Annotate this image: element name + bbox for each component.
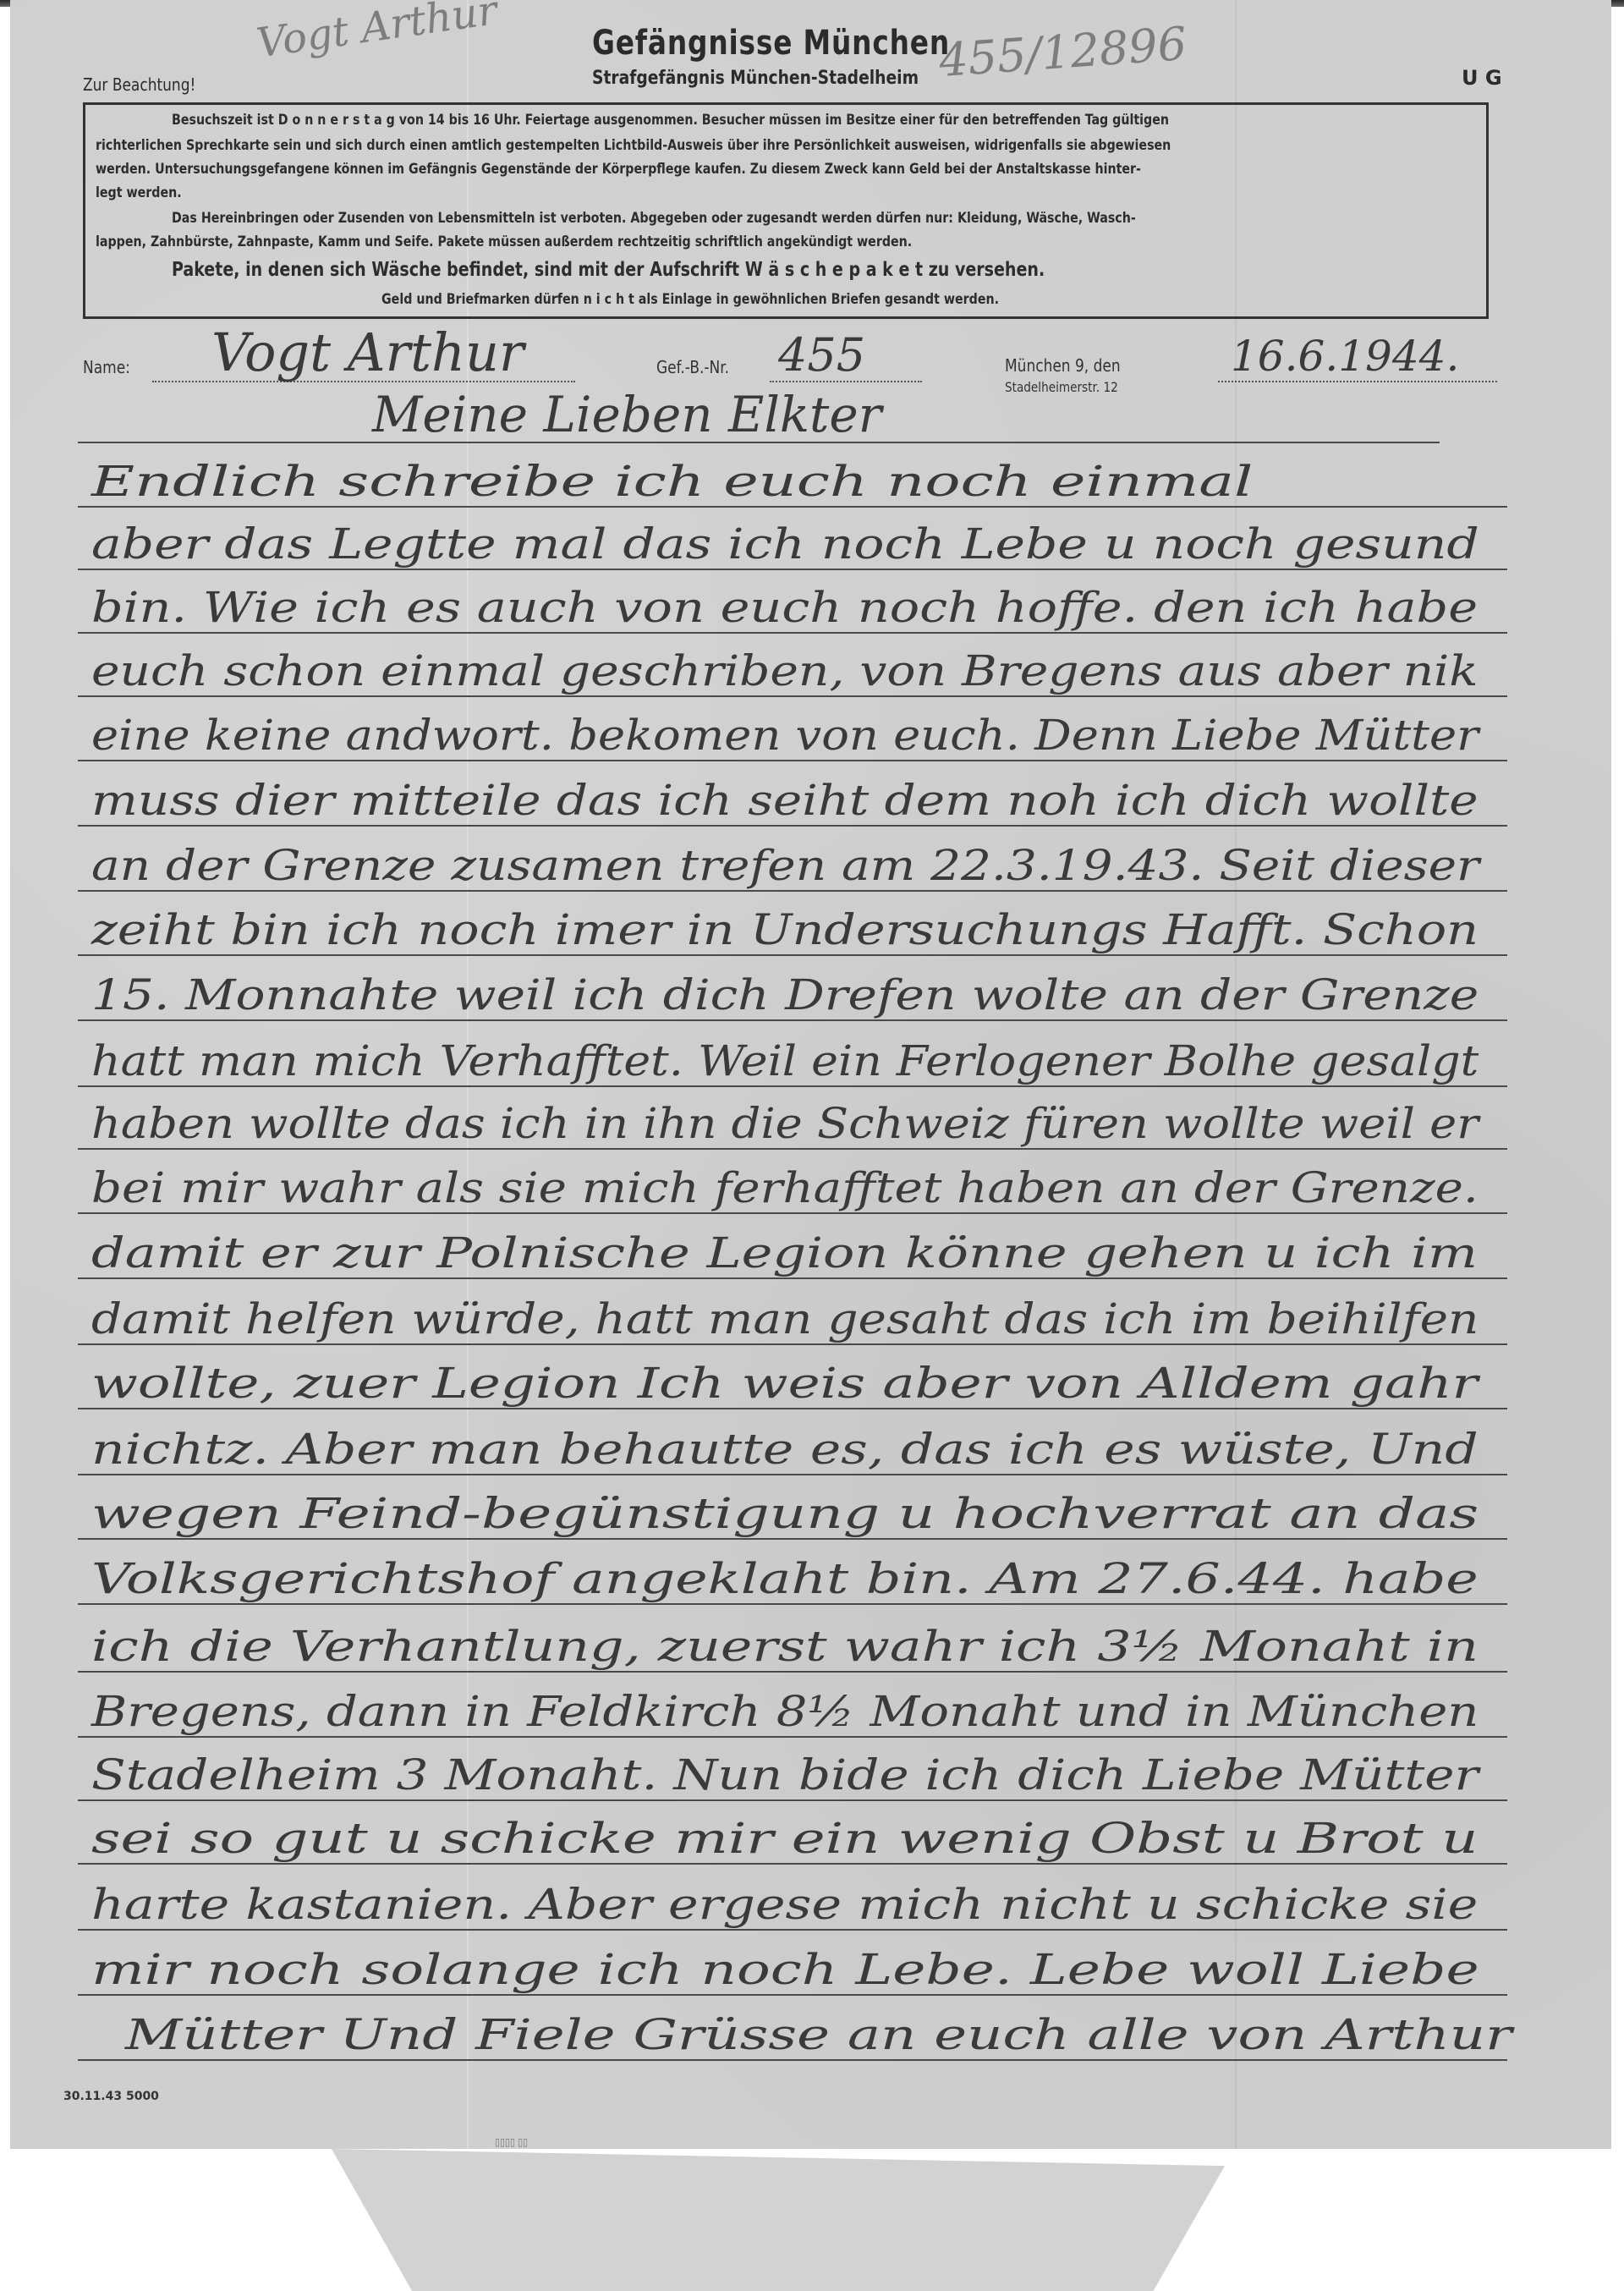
letterhead-subtitle: Strafgefängnis München-Stadelheim bbox=[592, 68, 919, 89]
letter-line: Stadelheim 3 Monaht. Nun bide ich dich L… bbox=[91, 1750, 1479, 1799]
ruled-line bbox=[78, 1603, 1507, 1605]
note-label: Zur Beachtung! bbox=[83, 74, 195, 95]
ruled-line bbox=[78, 1736, 1507, 1738]
place-label: München 9, den bbox=[1005, 355, 1121, 376]
name-value: Vogt Arthur bbox=[211, 321, 524, 383]
date-dots bbox=[1218, 381, 1497, 382]
letter-line: wegen Feind-begünstigung u hochverrat an… bbox=[91, 1489, 1479, 1538]
letter-line: Mütter Und Fiele Grüsse an euch alle von… bbox=[125, 2010, 1512, 2059]
ruled-line bbox=[78, 442, 1440, 443]
ruled-line bbox=[78, 825, 1507, 827]
letter-line: muss dier mitteile das ich seiht dem noh… bbox=[91, 776, 1478, 825]
gef-b-nr-label: Gef.-B.-Nr. bbox=[656, 357, 729, 377]
rules-line: Das Hereinbringen oder Zusenden von Lebe… bbox=[172, 210, 1136, 227]
rules-line: richterlichen Sprechkarte sein und sich … bbox=[96, 137, 1171, 154]
date-value: 16.6.1944. bbox=[1231, 332, 1459, 381]
letterhead-title: Gefängnisse München bbox=[592, 24, 950, 63]
letter-line: euch schon einmal geschriben, von Bregen… bbox=[91, 646, 1479, 695]
ruled-line bbox=[78, 1085, 1507, 1087]
letter-line: nichtz. Aber man behautte es, das ich es… bbox=[91, 1425, 1479, 1474]
ruled-line bbox=[78, 1671, 1507, 1673]
letter-line: Endlich schreibe ich euch noch einmal bbox=[91, 457, 1253, 506]
letter-line: bin. Wie ich es auch von euch noch hoffe… bbox=[91, 583, 1478, 632]
ruled-line bbox=[78, 1799, 1507, 1801]
letter-line: bei mir wahr als sie mich ferhafftet hab… bbox=[91, 1163, 1479, 1212]
ruled-line bbox=[78, 2059, 1507, 2061]
ruled-line bbox=[78, 506, 1507, 508]
ruled-line bbox=[78, 1994, 1507, 1996]
address-label: Stadelheimerstr. 12 bbox=[1005, 379, 1118, 395]
salutation: Meine Lieben Elkter bbox=[372, 386, 881, 443]
ruled-line bbox=[78, 1212, 1507, 1214]
form-code: U G bbox=[1462, 66, 1502, 90]
flap-imprint: ▯▯▯▯ ▯▯ bbox=[495, 2136, 528, 2148]
ruled-line bbox=[78, 890, 1507, 892]
rules-line-laundry: Pakete, in denen sich Wäsche befindet, s… bbox=[172, 259, 1045, 281]
letter-line: damit er zur Polnische Legion könne gehe… bbox=[91, 1228, 1478, 1277]
ruled-line bbox=[78, 1929, 1507, 1931]
ruled-line bbox=[78, 1538, 1507, 1540]
visiting-rules-box: Besuchszeit ist D o n n e r s t a g von … bbox=[83, 102, 1489, 319]
letter-line: Volksgerichtshof angeklaht bin. Am 27.6.… bbox=[91, 1554, 1479, 1603]
ruled-line bbox=[78, 760, 1507, 761]
print-code: 30.11.43 5000 bbox=[63, 2090, 159, 2103]
rules-line: legt werden. bbox=[96, 184, 182, 201]
ruled-line bbox=[78, 632, 1507, 634]
ruled-line bbox=[78, 1474, 1507, 1475]
letter-line: haben wollte das ich in ihn die Schweiz … bbox=[91, 1099, 1479, 1148]
letter-line: zeiht bin ich noch imer in Undersuchungs… bbox=[91, 905, 1479, 954]
letter-line: hatt man mich Verhafftet. Weil ein Ferlo… bbox=[91, 1036, 1479, 1085]
rules-line: lappen, Zahnbürste, Zahnpaste, Kamm und … bbox=[96, 233, 912, 250]
rules-line: werden. Untersuchungsgefangene können im… bbox=[96, 161, 1141, 178]
letter-line: eine keine andwort. bekomen von euch. De… bbox=[91, 711, 1479, 760]
letter-line: wollte, zuer Legion Ich weis aber von Al… bbox=[91, 1359, 1478, 1408]
ruled-line bbox=[78, 1277, 1507, 1279]
ruled-line bbox=[78, 1148, 1507, 1150]
letter-line: sei so gut u schicke mir ein wenig Obst … bbox=[91, 1814, 1478, 1863]
letter-line: ich die Verhantlung, zuerst wahr ich 3½ … bbox=[91, 1622, 1479, 1671]
letter-line: 15. Monnahte weil ich dich Drefen wolte … bbox=[91, 970, 1479, 1019]
letter-line: an der Grenze zusamen trefen am 22.3.19.… bbox=[91, 841, 1479, 890]
letter-line: Bregens, dann in Feldkirch 8½ Monaht und… bbox=[91, 1687, 1479, 1736]
letter-line: damit helfen würde, hatt man gesaht das … bbox=[91, 1294, 1479, 1343]
letter-line: mir noch solange ich noch Lebe. Lebe wol… bbox=[91, 1945, 1479, 1994]
letter-line: harte kastanien. Aber ergese mich nicht … bbox=[91, 1880, 1478, 1929]
letter-line: aber das Legtte mal das ich noch Lebe u … bbox=[91, 519, 1479, 569]
envelope-flap bbox=[332, 2149, 1225, 2291]
gef-b-nr-value: 455 bbox=[778, 328, 865, 382]
ruled-line bbox=[78, 1019, 1507, 1021]
rules-line-money: Geld und Briefmarken dürfen n i c h t al… bbox=[381, 291, 999, 308]
name-label: Name: bbox=[83, 357, 130, 377]
rules-line: Besuchszeit ist D o n n e r s t a g von … bbox=[172, 112, 1169, 129]
ruled-line bbox=[78, 1863, 1507, 1865]
ruled-line bbox=[78, 695, 1507, 697]
ruled-line bbox=[78, 569, 1507, 570]
ruled-line bbox=[78, 1408, 1507, 1409]
ruled-line bbox=[78, 954, 1507, 956]
ruled-line bbox=[78, 1343, 1507, 1345]
